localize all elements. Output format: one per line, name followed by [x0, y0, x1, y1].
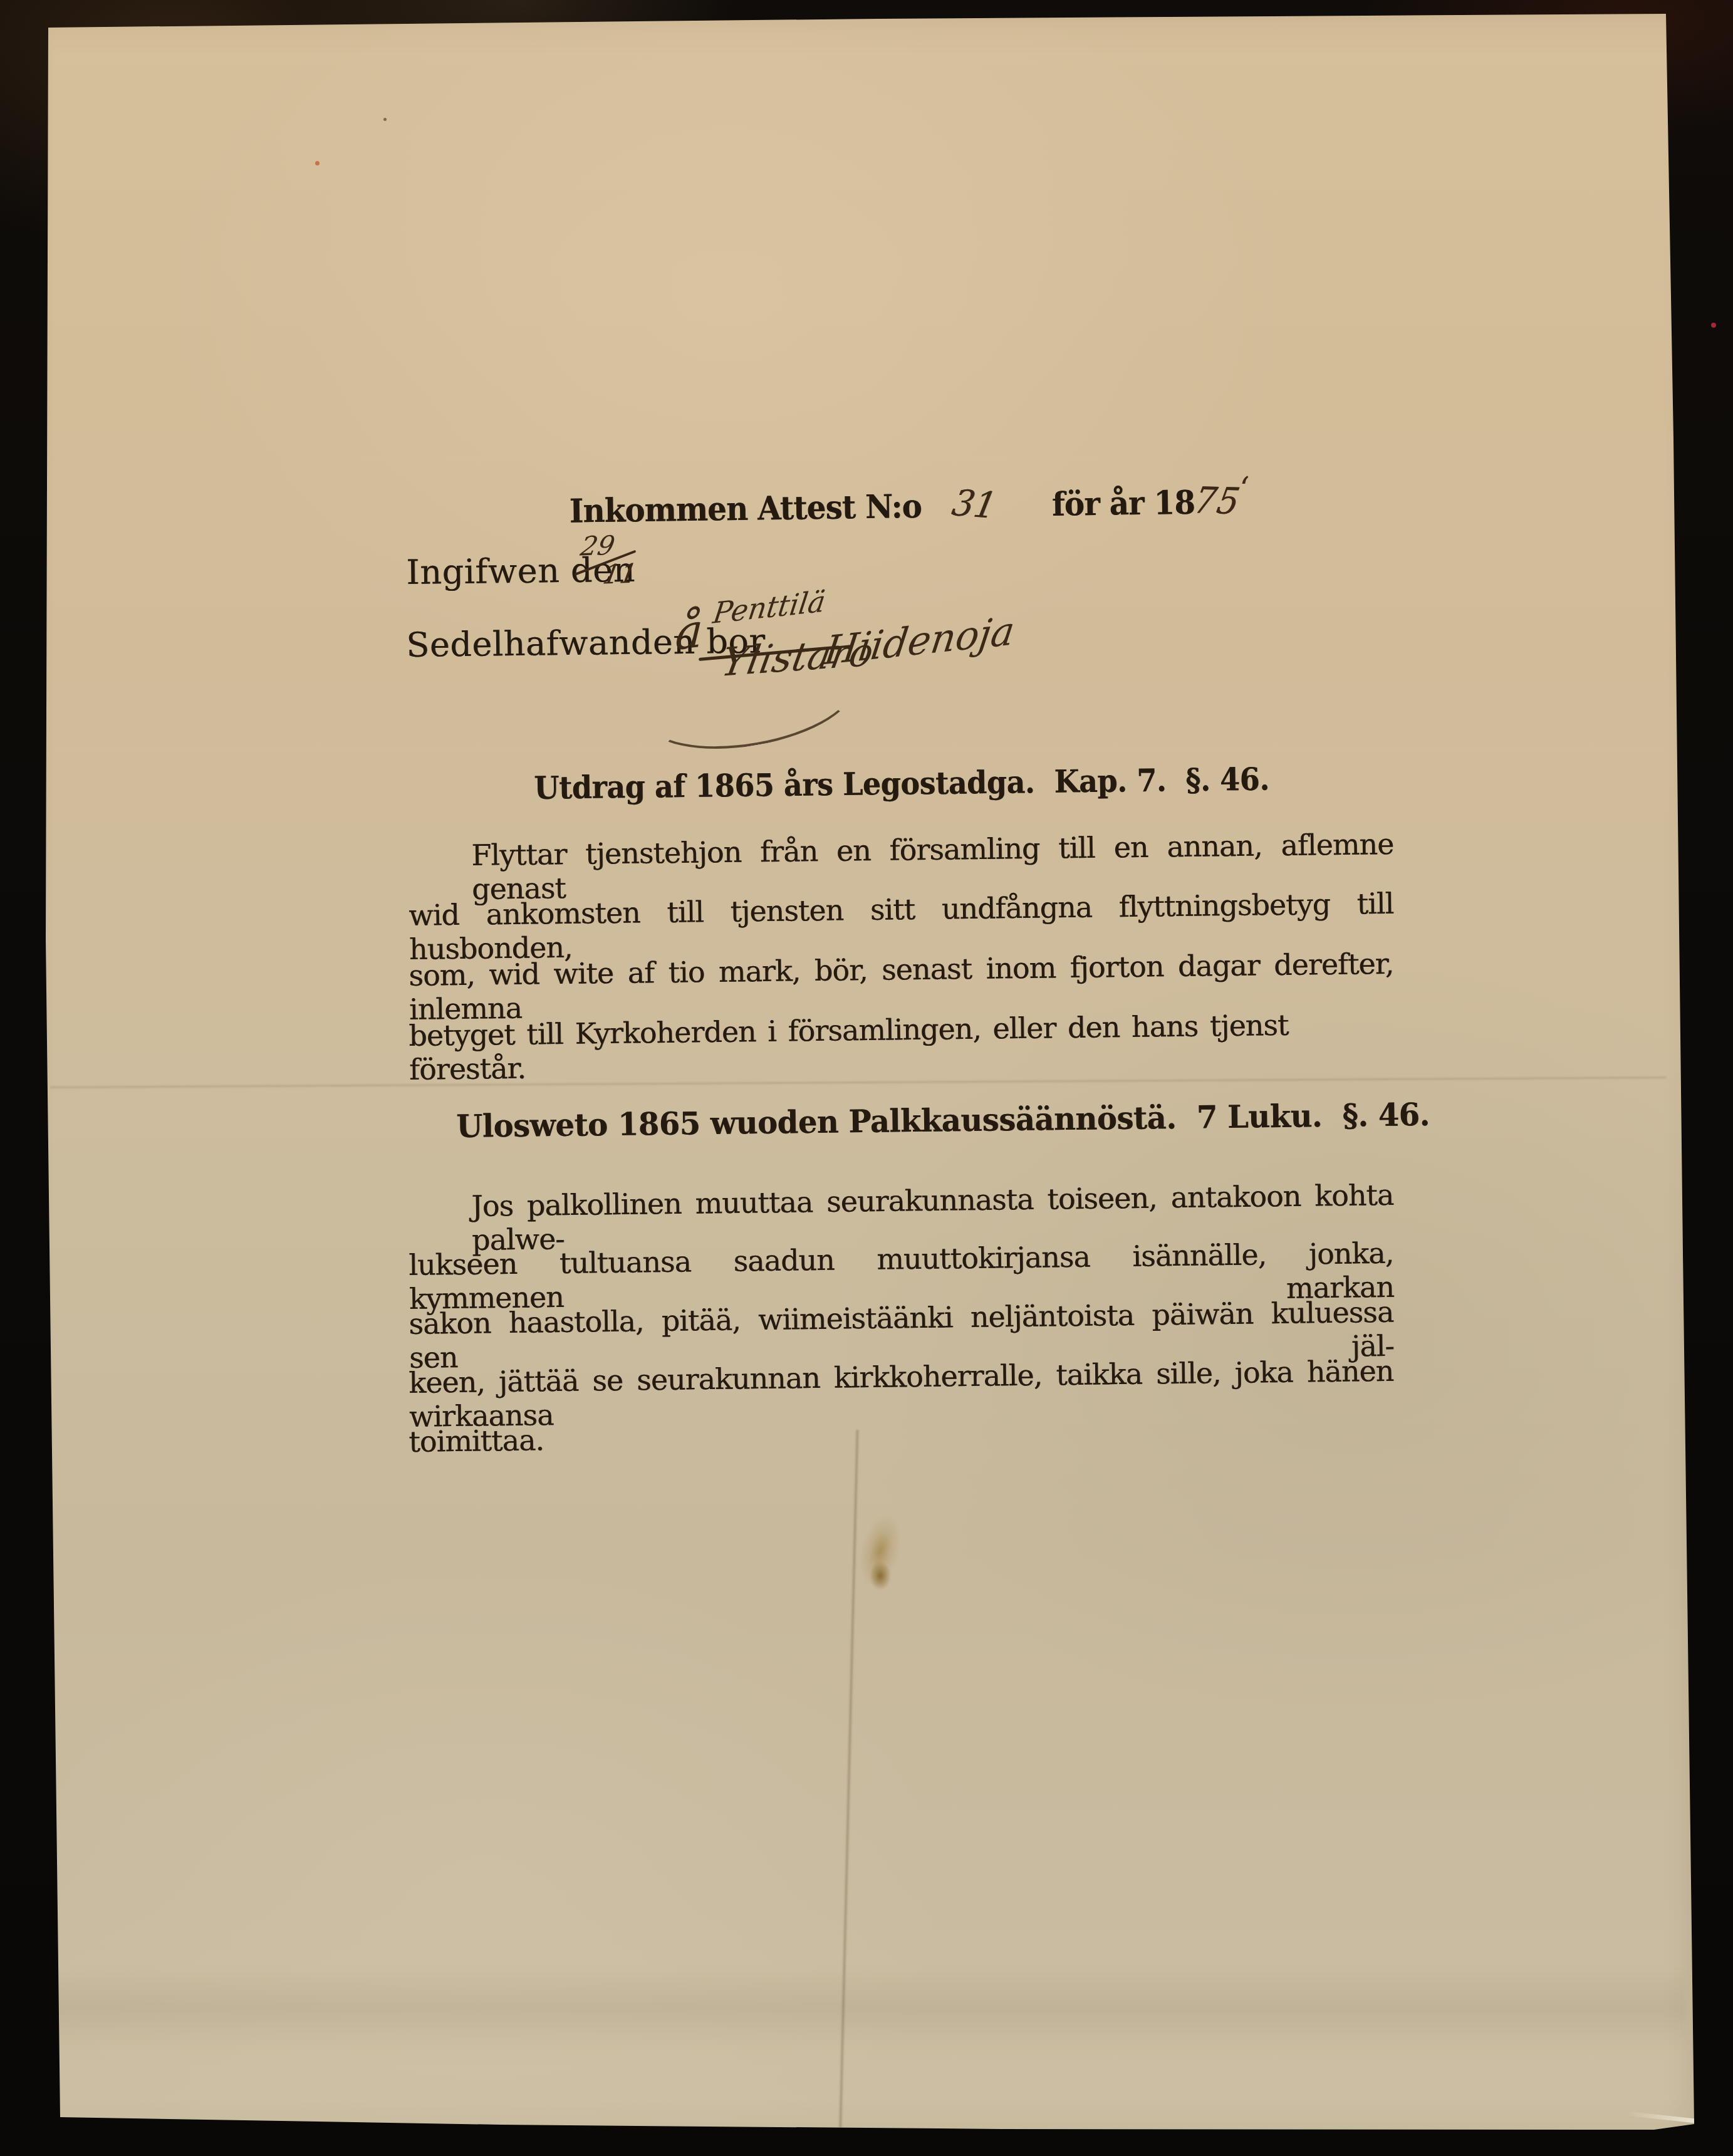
paper-speck: [315, 161, 320, 165]
stain-core: [870, 1561, 891, 1590]
attest-number-handwritten: 31: [949, 481, 1000, 527]
handwritten-date-fraction: 29 11: [573, 533, 644, 585]
attest-year-digits-handwritten: 75: [1191, 479, 1244, 523]
document-page: Inkommen Attest N:o31för år 1875ʻ Ingifw…: [0, 0, 1733, 2156]
attest-title-label: Inkommen Attest N:o: [569, 487, 922, 531]
attest-year-label: för år 18: [1052, 484, 1195, 524]
date-month-handwritten: 11: [601, 558, 640, 590]
preposition-handwritten: å: [674, 603, 704, 662]
photo-backdrop: Inkommen Attest N:o31för år 1875ʻ Ingifw…: [0, 0, 1733, 2156]
paper-speck: [383, 118, 387, 121]
backdrop-red-speck: [1711, 323, 1716, 328]
year-flourish-mark: ʻ: [1240, 471, 1249, 507]
title-gap: [1011, 516, 1052, 516]
lower-fold-shading: [44, 1967, 1685, 2049]
date-day-handwritten: 29: [578, 529, 617, 561]
